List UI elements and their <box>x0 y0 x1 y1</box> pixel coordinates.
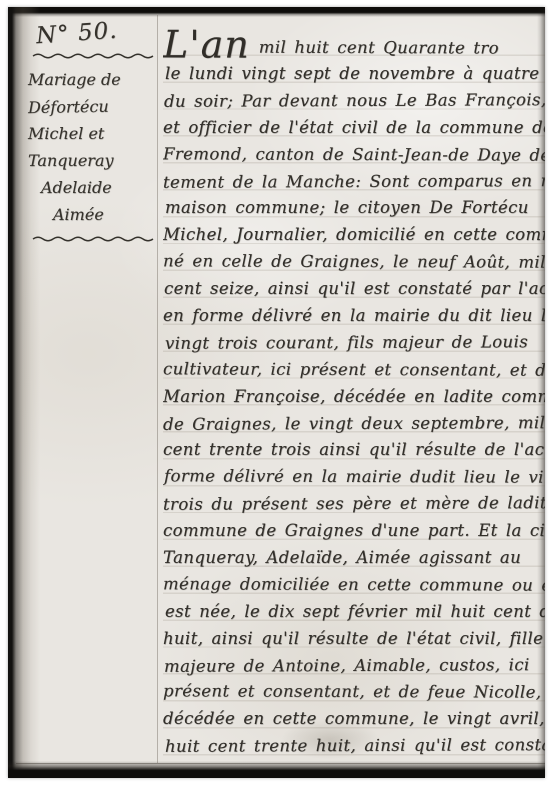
manuscript-line: L'anmil huit cent Quarante tro <box>163 29 545 62</box>
margin-note-line: Adelaide <box>28 174 160 201</box>
manuscript-line: cultivateur, ici présent et consentant, … <box>163 356 545 384</box>
margin-note-line: Mariage de <box>28 66 160 93</box>
page-scan: N° 50. Mariage de Défortécu Michel et Ta… <box>8 7 545 778</box>
manuscript-line: Marion Françoise, décédée en ladite comm… <box>163 384 545 411</box>
margin-notes: Mariage de Défortécu Michel et Tanqueray… <box>28 66 160 228</box>
squiggle-divider-icon <box>30 52 156 60</box>
margin-note-line: Défortécu <box>28 92 160 121</box>
scan-edge-top <box>8 7 545 17</box>
margin-column: N° 50. Mariage de Défortécu Michel et Ta… <box>28 17 160 249</box>
manuscript-line: et officier de l'état civil de la commun… <box>163 115 545 142</box>
manuscript-line: décédée en cette commune, le vingt avril… <box>163 706 545 733</box>
manuscript-line: ménage domiciliée en cette commune ou el… <box>163 571 545 599</box>
margin-note-line: Michel et <box>28 120 160 147</box>
manuscript-line: vingt trois courant, fils majeur de Loui… <box>165 329 545 358</box>
margin-note-line: Tanqueray <box>28 147 160 174</box>
manuscript-line: Michel, Journalier, domicilié en cette c… <box>163 222 545 249</box>
manuscript-line: en forme délivré en la mairie du dit lie… <box>163 303 545 330</box>
manuscript-lines: L'anmil huit cent Quarante tro le lundi … <box>163 29 545 760</box>
manuscript-line: tement de la Manche: Sont comparus en no… <box>163 168 545 197</box>
margin-note-line: Aimée <box>28 201 160 228</box>
manuscript-line: cent seize, ainsi qu'il est constaté par… <box>164 276 545 303</box>
squiggle-divider-icon <box>30 235 156 243</box>
manuscript-line: majeure de Antoine, Aimable, custos, ici <box>164 652 545 681</box>
manuscript-line: trois du présent ses père et mère de lad… <box>163 490 545 519</box>
manuscript-line: né en celle de Graignes, le neuf Août, m… <box>163 249 545 277</box>
manuscript-line: maison commune; le citoyen De Fortécu <box>165 195 545 222</box>
manuscript-line: Tanqueray, Adelaïde, Aimée agissant au <box>163 545 545 572</box>
manuscript-line: Fremond, canton de Saint-Jean-de Daye dé… <box>163 141 545 169</box>
manuscript-line: huit cent trente huit, ainsi qu'il est c… <box>165 732 545 761</box>
manuscript-line: cent trente trois ainsi qu'il résulte de… <box>163 437 545 464</box>
manuscript-line: commune de Graignes d'une part. Et la ci… <box>163 518 545 545</box>
manuscript-line: huit, ainsi qu'il résulte de l'état civi… <box>163 626 545 653</box>
manuscript-line: présent et consentant, et de feue Nicoll… <box>163 679 545 707</box>
record-number: N° 50. <box>35 15 161 50</box>
manuscript-line: le lundi vingt sept de novembre à quatre… <box>165 61 545 88</box>
manuscript-text: L'anmil huit cent Quarante tro le lundi … <box>163 29 545 766</box>
manuscript-line: est née, le dix sept février mil huit ce… <box>165 599 545 626</box>
manuscript-line: de Graignes, le vingt deux septembre, mi… <box>163 410 545 439</box>
manuscript-line: du soir; Par devant nous Le Bas François… <box>164 87 545 116</box>
manuscript-line: forme délivré en la mairie dudit lieu le… <box>164 464 545 492</box>
manuscript-line-text: mil huit cent Quarante tro <box>259 38 499 58</box>
